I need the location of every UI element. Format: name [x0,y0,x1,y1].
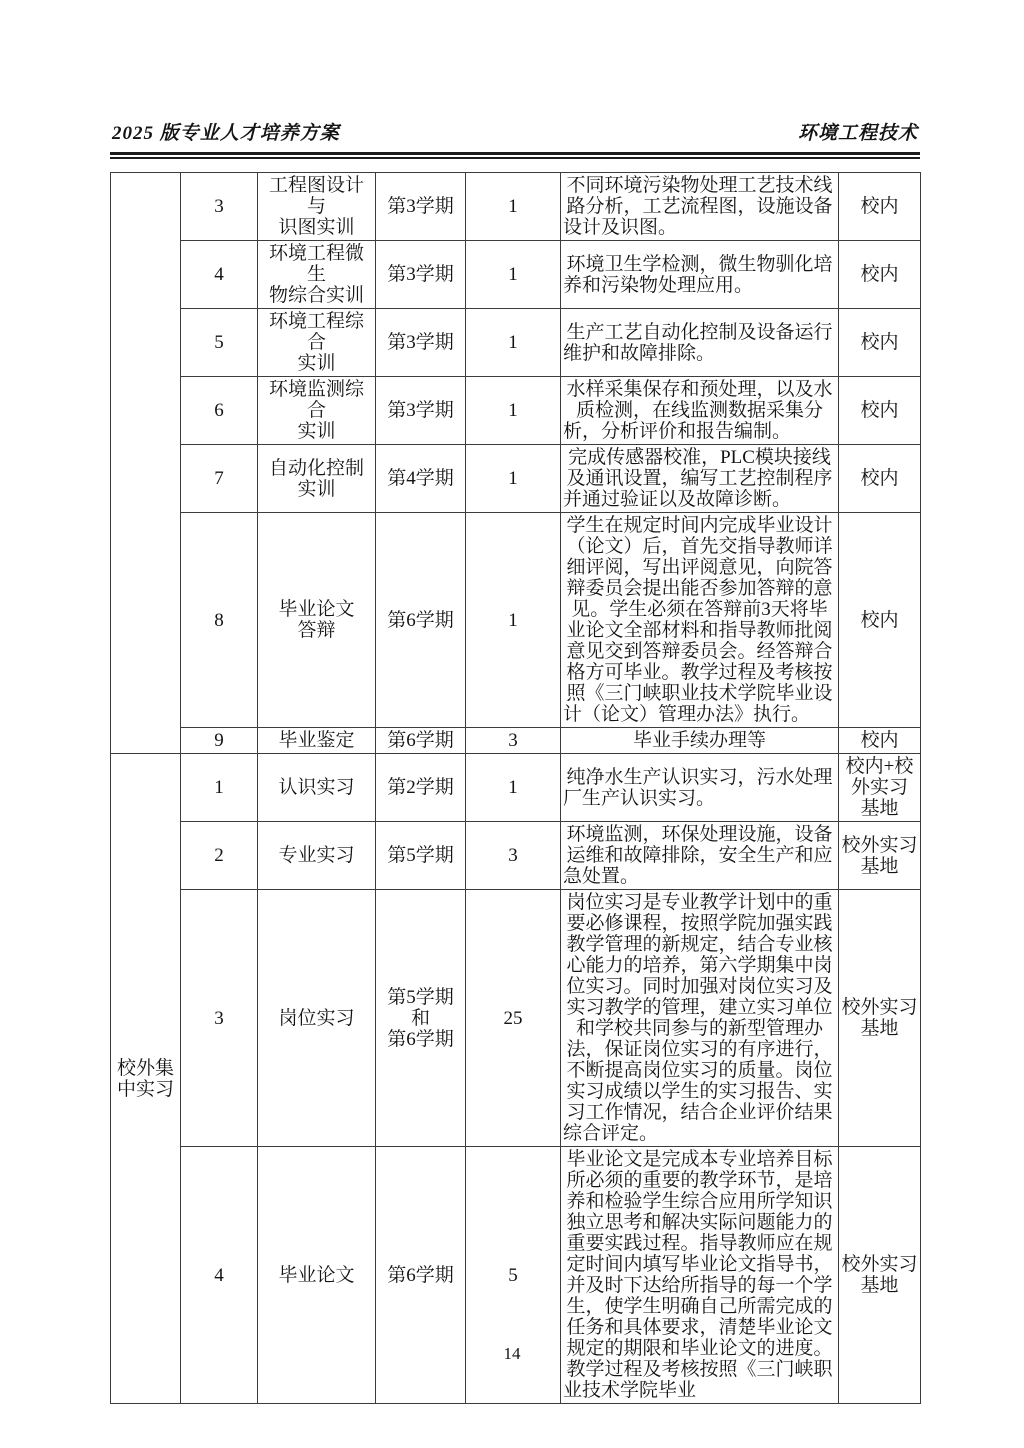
credits-cell: 1 [466,173,561,241]
location-cell: 校外实习 基地 [839,890,921,1147]
course-name-cell: 环境监测综合 实训 [258,377,376,445]
credits-cell: 1 [466,513,561,728]
location-cell: 校内 [839,445,921,513]
row-number-cell: 8 [181,513,258,728]
semester-cell: 第6学期 [376,728,466,754]
table-row: 校外集 中实习1认识实习第2学期1纯净水生产认识实习，污水处理厂生产认识实习。校… [111,754,921,822]
group-label-cell: 校外集 中实习 [111,754,181,1404]
description-cell: 学生在规定时间内完成毕业设计（论文）后，首先交指导教师详细评阅，写出评阅意见，向… [561,513,839,728]
course-name-cell: 毕业论文 答辩 [258,513,376,728]
row-number-cell: 3 [181,173,258,241]
document-header: 2025 版专业人才培养方案 环境工程技术 [110,118,920,152]
semester-cell: 第3学期 [376,173,466,241]
row-number-cell: 1 [181,754,258,822]
semester-cell: 第4学期 [376,445,466,513]
table-row: 6环境监测综合 实训第3学期1水样采集保存和预处理，以及水质检测，在线监测数据采… [111,377,921,445]
row-number-cell: 2 [181,822,258,890]
description-cell: 不同环境污染物处理工艺技术线路分析，工艺流程图，设施设备设计及识图。 [561,173,839,241]
course-name-cell: 毕业鉴定 [258,728,376,754]
group-label-cell [111,173,181,754]
location-cell: 校外实习 基地 [839,822,921,890]
table-row: 3工程图设计与 识图实训第3学期1不同环境污染物处理工艺技术线路分析，工艺流程图… [111,173,921,241]
credits-cell: 3 [466,728,561,754]
header-left-title: 2025 版专业人才培养方案 [112,118,340,145]
credits-cell: 1 [466,445,561,513]
page-number: 14 [0,1344,1024,1364]
course-name-cell: 自动化控制 实训 [258,445,376,513]
row-number-cell: 7 [181,445,258,513]
semester-cell: 第3学期 [376,377,466,445]
semester-cell: 第5学期 [376,822,466,890]
description-cell: 毕业手续办理等 [561,728,839,754]
row-number-cell: 6 [181,377,258,445]
practice-table-body: 3工程图设计与 识图实训第3学期1不同环境污染物处理工艺技术线路分析，工艺流程图… [111,173,921,1404]
location-cell: 校内 [839,377,921,445]
table-row: 4毕业论文第6学期5毕业论文是完成本专业培养目标所必须的重要的教学环节，是培养和… [111,1147,921,1404]
description-cell: 水样采集保存和预处理，以及水质检测，在线监测数据采集分析，分析评价和报告编制。 [561,377,839,445]
credits-cell: 1 [466,309,561,377]
location-cell: 校内 [839,309,921,377]
semester-cell: 第6学期 [376,513,466,728]
location-cell: 校内 [839,728,921,754]
description-cell: 纯净水生产认识实习，污水处理厂生产认识实习。 [561,754,839,822]
course-name-cell: 岗位实习 [258,890,376,1147]
semester-cell: 第2学期 [376,754,466,822]
location-cell: 校外实习 基地 [839,1147,921,1404]
course-name-cell: 工程图设计与 识图实训 [258,173,376,241]
table-row: 2专业实习第5学期3环境监测，环保处理设施，设备运维和故障排除，安全生产和应急处… [111,822,921,890]
location-cell: 校内 [839,241,921,309]
course-name-cell: 环境工程微生 物综合实训 [258,241,376,309]
credits-cell: 1 [466,754,561,822]
header-double-rule [110,152,920,159]
table-row: 8毕业论文 答辩第6学期1学生在规定时间内完成毕业设计（论文）后，首先交指导教师… [111,513,921,728]
credits-cell: 5 [466,1147,561,1404]
description-cell: 生产工艺自动化控制及设备运行维护和故障排除。 [561,309,839,377]
description-cell: 毕业论文是完成本专业培养目标所必须的重要的教学环节，是培养和检验学生综合应用所学… [561,1147,839,1404]
table-row: 3岗位实习第5学期和 第6学期25岗位实习是专业教学计划中的重要必修课程，按照学… [111,890,921,1147]
row-number-cell: 4 [181,241,258,309]
location-cell: 校内 [839,513,921,728]
location-cell: 校内 [839,173,921,241]
course-name-cell: 专业实习 [258,822,376,890]
row-number-cell: 3 [181,890,258,1147]
row-number-cell: 9 [181,728,258,754]
table-row: 5环境工程综合 实训第3学期1生产工艺自动化控制及设备运行维护和故障排除。校内 [111,309,921,377]
table-row: 7自动化控制 实训第4学期1完成传感器校准，PLC模块接线及通讯设置，编写工艺控… [111,445,921,513]
credits-cell: 1 [466,241,561,309]
table-row: 4环境工程微生 物综合实训第3学期1环境卫生学检测，微生物驯化培养和污染物处理应… [111,241,921,309]
course-name-cell: 认识实习 [258,754,376,822]
row-number-cell: 5 [181,309,258,377]
course-name-cell: 毕业论文 [258,1147,376,1404]
practice-schedule-table: 3工程图设计与 识图实训第3学期1不同环境污染物处理工艺技术线路分析，工艺流程图… [110,172,921,1404]
credits-cell: 3 [466,822,561,890]
credits-cell: 25 [466,890,561,1147]
credits-cell: 1 [466,377,561,445]
description-cell: 完成传感器校准，PLC模块接线及通讯设置，编写工艺控制程序并通过验证以及故障诊断… [561,445,839,513]
semester-cell: 第5学期和 第6学期 [376,890,466,1147]
description-cell: 环境卫生学检测，微生物驯化培养和污染物处理应用。 [561,241,839,309]
row-number-cell: 4 [181,1147,258,1404]
description-cell: 环境监测，环保处理设施，设备运维和故障排除，安全生产和应急处置。 [561,822,839,890]
semester-cell: 第3学期 [376,309,466,377]
header-right-title: 环境工程技术 [798,118,918,145]
description-cell: 岗位实习是专业教学计划中的重要必修课程，按照学院加强实践教学管理的新规定，结合专… [561,890,839,1147]
semester-cell: 第3学期 [376,241,466,309]
course-name-cell: 环境工程综合 实训 [258,309,376,377]
table-row: 9毕业鉴定第6学期3毕业手续办理等校内 [111,728,921,754]
location-cell: 校内+校 外实习 基地 [839,754,921,822]
document-page: 2025 版专业人才培养方案 环境工程技术 3工程图设计与 识图实训第3学期1不… [0,0,1024,1448]
semester-cell: 第6学期 [376,1147,466,1404]
